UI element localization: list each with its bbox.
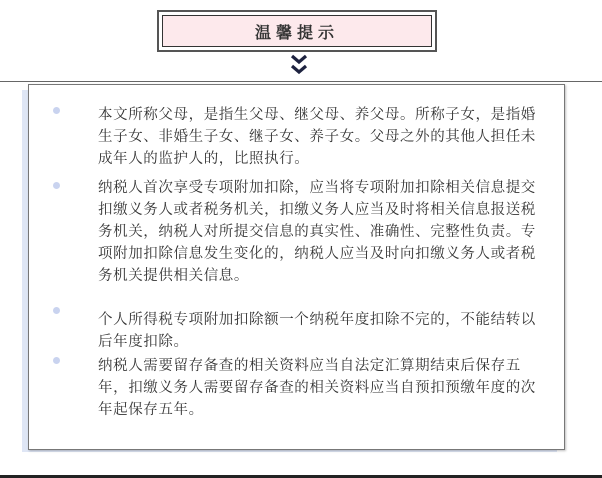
title-banner-inner: 温馨提示 bbox=[162, 15, 432, 47]
note-text: 个人所得税专项附加扣除额一个纳税年度扣除不完的，不能结转以后年度扣除。 bbox=[98, 309, 538, 353]
note-text: 纳税人需要留存备查的相关资料应当自法定汇算期结束后保存五年，扣缴义务人需要留存备… bbox=[98, 355, 538, 421]
double-chevron-down-icon bbox=[289, 53, 309, 79]
page-title: 温馨提示 bbox=[255, 20, 339, 43]
note-text: 本文所称父母，是指生父母、继父母、养父母。所称子女，是指婚生子女、非婚生子女、继… bbox=[98, 104, 538, 170]
title-banner: 温馨提示 bbox=[157, 10, 437, 52]
bullet-dot-icon bbox=[53, 357, 60, 364]
header-divider bbox=[0, 81, 602, 82]
notes-panel: 本文所称父母，是指生父母、继父母、养父母。所称子女，是指婚生子女、非婚生子女、继… bbox=[28, 84, 565, 450]
bullet-dot-icon bbox=[53, 307, 60, 314]
bullet-dot-icon bbox=[53, 107, 60, 114]
bullet-dot-icon bbox=[53, 182, 60, 189]
note-text: 纳税人首次享受专项附加扣除，应当将专项附加扣除相关信息提交扣缴义务人或者税务机关… bbox=[98, 177, 538, 287]
